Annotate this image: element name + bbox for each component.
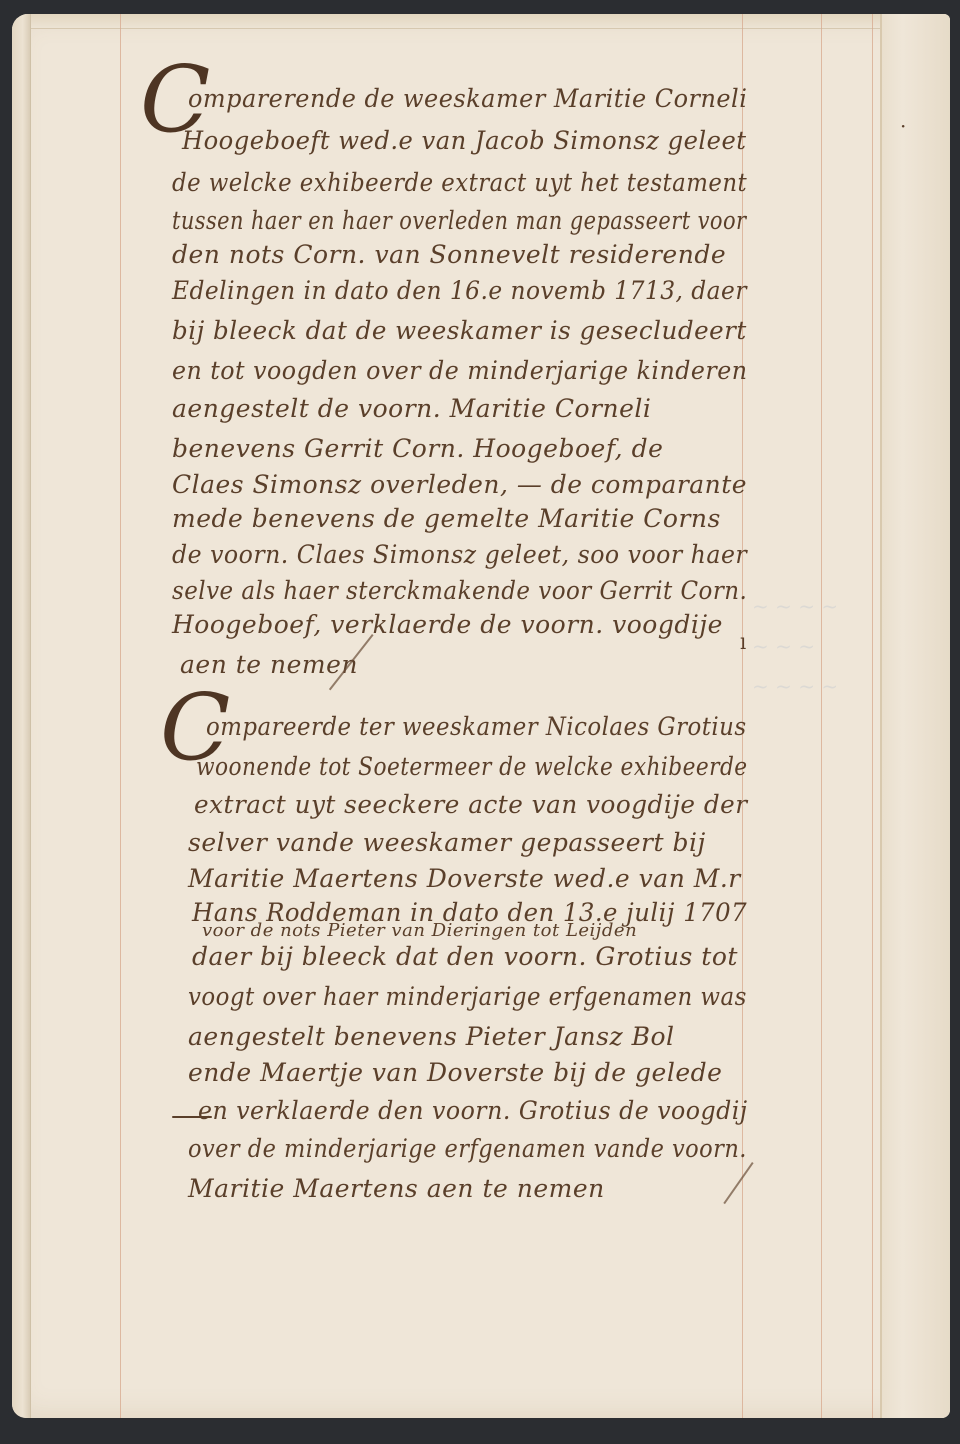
margin-mark: ı [740,630,747,655]
text-line: woonende tot Soetermeer de welcke exhibe… [196,752,748,781]
text-line: den nots Corn. van Sonnevelt residerende [172,240,726,269]
text-line: Maritie Maertens Doverste wed.e van M.r [188,864,741,893]
adjacent-leaf-edge [880,14,950,1418]
text-line: voogt over haer minderjarige erfgenamen … [188,982,747,1011]
text-line: selve als haer sterckmakende voor Gerrit… [172,576,747,605]
line-start-stroke [172,1116,212,1118]
text-line-interlinear: voor de nots Pieter van Dieringen tot Le… [202,920,637,941]
text-line: aengestelt benevens Pieter Jansz Bol [188,1022,675,1051]
text-line: de welcke exhibeerde extract uyt het tes… [172,168,747,197]
text-line: mede benevens de gemelte Maritie Corns [172,504,721,533]
show-through-text: ~ ~ ~ ~ [752,594,838,618]
text-line: bij bleeck dat de weeskamer is geseclude… [172,316,747,345]
text-line: aengestelt de voorn. Maritie Corneli [172,394,651,423]
text-line: en verklaerde den voorn. Grotius de voog… [198,1096,748,1125]
text-line: de voorn. Claes Simonsz geleet, soo voor… [172,540,747,569]
text-line: benevens Gerrit Corn. Hoogeboef, de [172,434,663,463]
text-line: Hoogeboef, verklaerde de voorn. voogdije [172,610,723,639]
text-line: daer bij bleeck dat den voorn. Grotius t… [192,942,738,971]
page-left-edge [12,14,31,1418]
text-line: extract uyt seeckere acte van voogdije d… [194,790,748,819]
text-line: Maritie Maertens aen te nemen [188,1174,605,1203]
margin-dot: · [900,114,907,138]
page-top-edge [12,14,950,29]
text-line: Edelingen in dato den 16.e novemb 1713, … [172,276,747,305]
text-line: Claes Simonsz overleden, — de comparante [172,470,747,499]
right-margin-rule-2 [821,14,822,1418]
text-line: over de minderjarige erfgenamen vande vo… [188,1134,747,1163]
text-line: ompareerde ter weeskamer Nicolaes Grotiu… [206,712,747,741]
text-line: selver vande weeskamer gepasseert bij [188,828,706,857]
show-through-text: ~ ~ ~ ~ [752,674,838,698]
text-line: en tot voogden over de minderjarige kind… [172,356,747,385]
show-through-text: ~ ~ ~ [752,634,815,658]
line-end-stroke [723,1162,753,1204]
text-line: omparerende de weeskamer Maritie Corneli [188,84,747,113]
manuscript-page: ~ ~ ~ ~ ~ ~ ~ ~ ~ ~ ~ C omparerende de w… [12,14,950,1418]
text-line: Hoogeboeft wed.e van Jacob Simonsz gelee… [182,126,747,155]
left-margin-rule [120,14,121,1418]
text-line: ende Maertje van Doverste bij de gelede [188,1058,722,1087]
right-margin-rule-3 [872,14,873,1418]
text-line: tussen haer en haer overleden man gepass… [172,206,746,235]
